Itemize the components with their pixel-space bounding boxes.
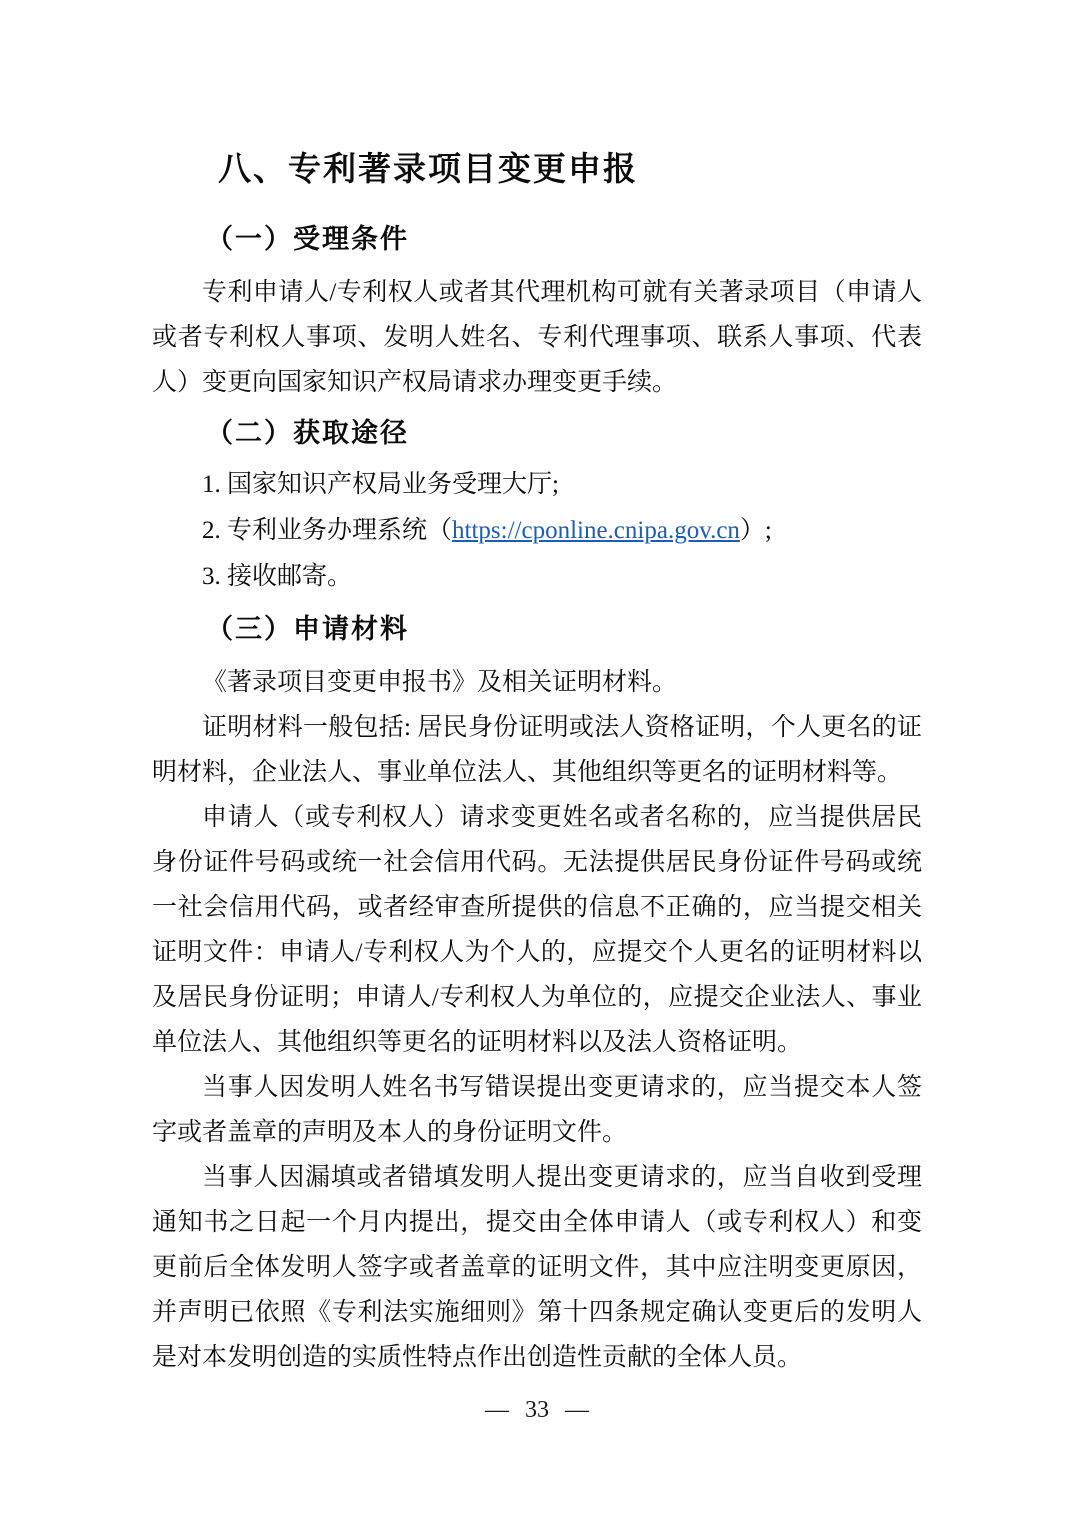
channel-list: 1. 国家知识产权局业务受理大厅; 2. 专利业务办理系统（https://cp… — [152, 462, 922, 600]
channel-item-online-system-prefix: 2. 专利业务办理系统（ — [202, 517, 452, 544]
channel-item-online-system: 2. 专利业务办理系统（https://cponline.cnipa.gov.c… — [152, 508, 922, 554]
document-page: 八、专利著录项目变更申报 （一）受理条件 专利申请人/专利权人或者其代理机构可就… — [0, 0, 1074, 1520]
section-3-paragraph-3: 申请人（或专利权人）请求变更姓名或者名称的，应当提供居民身份证件号码或统一社会信… — [152, 795, 922, 1065]
section-3-paragraph-1: 《著录项目变更申报书》及相关证明材料。 — [152, 660, 922, 705]
section-2-heading: （二）获取途径 — [152, 418, 922, 448]
section-3-paragraph-4: 当事人因发明人姓名书写错误提出变更请求的，应当提交本人签字或者盖章的声明及本人的… — [152, 1065, 922, 1155]
section-3-heading: （三）申请材料 — [152, 614, 922, 644]
channel-item-mail: 3. 接收邮寄。 — [152, 554, 922, 600]
page-number: — 33 — — [0, 1396, 1074, 1424]
section-3-paragraph-5: 当事人因漏填或者错填发明人提出变更请求的，应当自收到受理通知书之日起一个月内提出… — [152, 1155, 922, 1380]
document-title: 八、专利著录项目变更申报 — [152, 150, 922, 188]
section-1-paragraph: 专利申请人/专利权人或者其代理机构可就有关著录项目（申请人或者专利权人事项、发明… — [152, 270, 922, 405]
section-1-heading: （一）受理条件 — [152, 224, 922, 254]
channel-item-reception-hall: 1. 国家知识产权局业务受理大厅; — [152, 462, 922, 508]
cponline-url-link[interactable]: https://cponline.cnipa.gov.cn — [452, 517, 740, 544]
section-3-paragraph-2: 证明材料一般包括: 居民身份证明或法人资格证明，个人更名的证明材料，企业法人、事… — [152, 705, 922, 795]
channel-item-online-system-suffix: ）; — [740, 517, 772, 544]
document-content: 八、专利著录项目变更申报 （一）受理条件 专利申请人/专利权人或者其代理机构可就… — [152, 150, 922, 1380]
